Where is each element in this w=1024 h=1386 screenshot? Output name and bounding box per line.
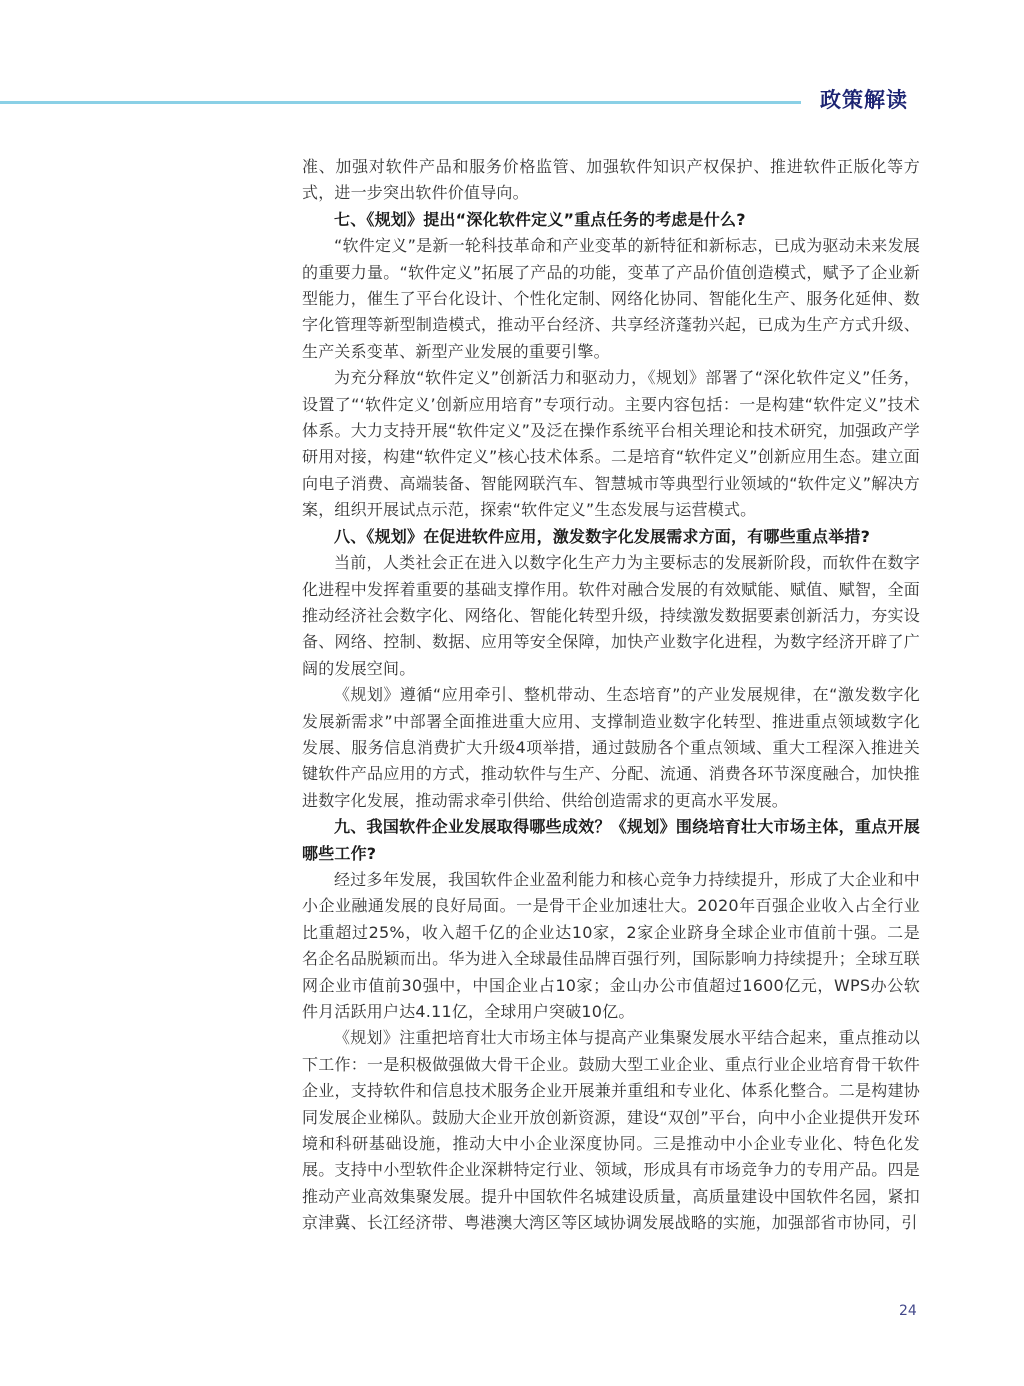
page-number: 24	[899, 1302, 917, 1320]
section-heading-7: 七、《规划》提出“深化软件定义”重点任务的考虑是什么?	[302, 207, 920, 233]
section-heading-8: 八、《规划》在促进软件应用，激发数字化发展需求方面，有哪些重点举措?	[302, 524, 920, 550]
page-header-title: 政策解读	[820, 88, 908, 112]
section-heading-9: 九、我国软件企业发展取得哪些成效？《规划》围绕培育壮大市场主体，重点开展哪些工作…	[302, 814, 920, 867]
document-page: 政策解读 准、加强对软件产品和服务价格监管、加强软件知识产权保护、推进软件正版化…	[0, 0, 1024, 1386]
paragraph-enterprise-achievements: 经过多年发展，我国软件企业盈利能力和核心竞争力持续提升，形成了大企业和中小企业融…	[302, 867, 920, 1025]
paragraph-digital-demand-measures: 《规划》遵循“应用牵引、整机带动、生态培育”的产业发展规律，在“激发数字化发展新…	[302, 682, 920, 814]
paragraph-software-defined-intro: “软件定义”是新一轮科技革命和产业变革的新特征和新标志，已成为驱动未来发展的重要…	[302, 233, 920, 365]
document-body: 准、加强对软件产品和服务价格监管、加强软件知识产权保护、推进软件正版化等方式，进…	[302, 154, 920, 1237]
paragraph-software-defined-actions: 为充分释放“软件定义”创新活力和驱动力，《规划》部署了“深化软件定义”任务，设置…	[302, 365, 920, 523]
paragraph-digital-development-context: 当前，人类社会正在进入以数字化生产力为主要标志的发展新阶段，而软件在数字化进程中…	[302, 550, 920, 682]
paragraph-market-entity-work: 《规划》注重把培育壮大市场主体与提高产业集聚发展水平结合起来，重点推动以下工作：…	[302, 1025, 920, 1236]
header-rule-line	[0, 101, 801, 104]
paragraph-continuation: 准、加强对软件产品和服务价格监管、加强软件知识产权保护、推进软件正版化等方式，进…	[302, 154, 920, 207]
